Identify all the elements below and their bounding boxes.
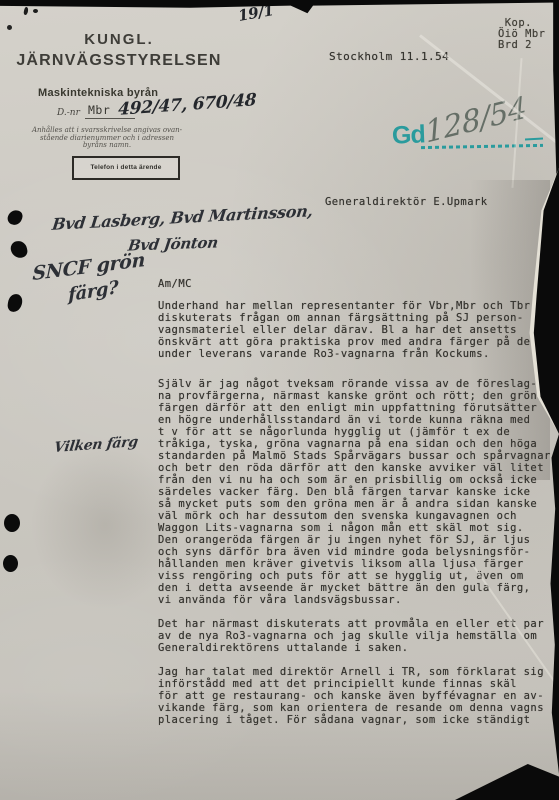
scan-edge-bottom-right [455,764,559,800]
recipient-line: Generaldirektör E.Upmark [325,196,488,208]
gd-stamp-dash [525,138,543,141]
dateline: Stockholm 11.1.54 [329,51,449,63]
margin-note: Vilken färg [53,434,139,456]
sncf-note-line2: färg? [68,277,118,306]
ink-speck [7,25,12,30]
routing-names-line1: Bvd Lasberg, Bvd Martinsson, [51,201,314,234]
letterhead-org-line2: JÄRNVÄGSSTYRELSEN [14,52,224,70]
dnr-label: D.-nr [57,108,80,118]
body-paragraph-4: Jag har talat med direktör Arnell i TR, … [158,666,554,726]
paper-sheet: 19/1 KUNGL. JÄRNVÄGSSTYRELSEN Maskintekn… [0,0,559,800]
body-paragraph-2: Själv är jag något tveksam rörande vissa… [158,378,554,606]
body-paragraph-3: Det har närmast diskuterats att provmåla… [158,618,554,654]
punch-hole [6,208,24,227]
sncf-note-line1: SNCF grön [32,249,145,285]
reference-code: Am/MC [158,278,192,290]
stamp-number-handwritten: 128/54 [424,90,528,150]
punch-hole [4,514,20,532]
letterhead-org-line1: KUNGL. [18,31,220,48]
phone-box: Telefon i detta ärende [72,156,180,180]
punch-hole [7,293,23,313]
scanned-letter: 19/1 KUNGL. JÄRNVÄGSSTYRELSEN Maskintekn… [0,0,559,800]
scan-edge-top [0,0,559,14]
punch-hole [3,555,18,572]
copy-distribution-block: Kop. Öiö Mbr Brd 2 [498,18,545,51]
phone-box-label: Telefon i detta ärende [74,164,178,171]
ink-speck [33,9,38,13]
letterhead-note: Anhålles att i svarsskrivelse angivas ov… [28,127,186,150]
scan-edge-top-right [546,0,559,175]
ink-speck [23,7,29,16]
dnr-prefix: Mbr [88,103,110,117]
punch-hole [9,240,28,260]
body-paragraph-1: Underhand har mellan representanter för … [158,300,554,360]
